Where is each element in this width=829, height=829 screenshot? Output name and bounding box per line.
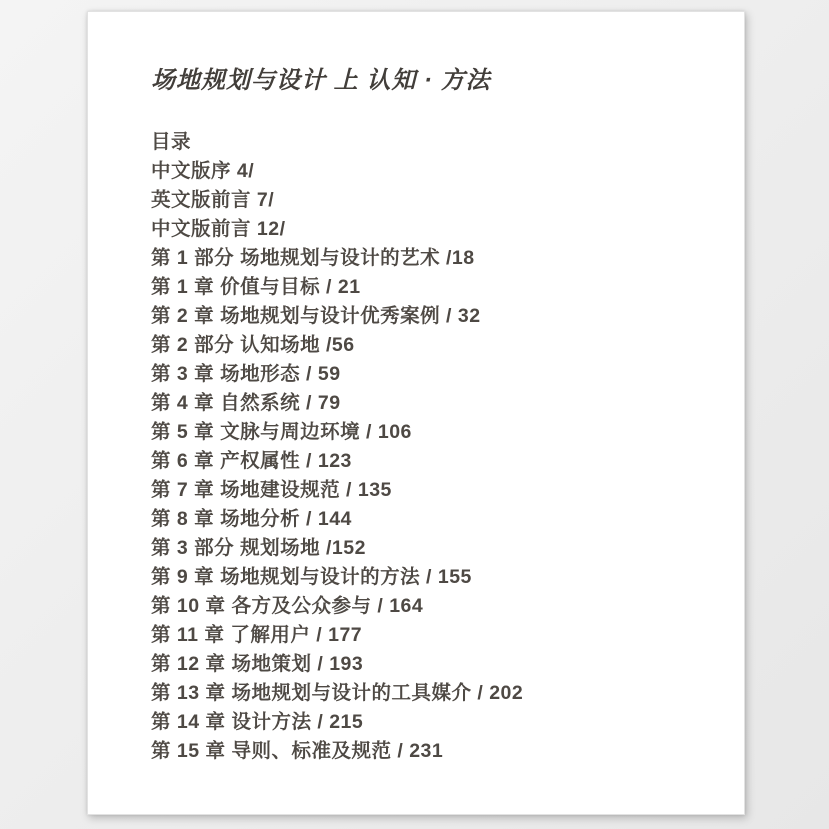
toc-entry: 第 3 章 场地形态 / 59 xyxy=(151,360,708,389)
toc-entry: 第 7 章 场地建设规范 / 135 xyxy=(151,476,708,505)
table-of-contents: 目录 中文版序 4/ 英文版前言 7/ 中文版前言 12/ 第 1 部分 场地规… xyxy=(151,128,708,766)
toc-entry: 第 15 章 导则、标准及规范 / 231 xyxy=(151,737,708,766)
book-title: 场地规划与设计 上 认知 · 方法 xyxy=(151,64,708,98)
toc-entry: 第 2 章 场地规划与设计优秀案例 / 32 xyxy=(151,302,708,331)
toc-entry: 第 2 部分 认知场地 /56 xyxy=(151,331,708,360)
document-page: 场地规划与设计 上 认知 · 方法 目录 中文版序 4/ 英文版前言 7/ 中文… xyxy=(87,11,745,815)
toc-entry: 第 8 章 场地分析 / 144 xyxy=(151,505,708,534)
toc-entry: 中文版前言 12/ xyxy=(151,215,708,244)
page-background: 场地规划与设计 上 认知 · 方法 目录 中文版序 4/ 英文版前言 7/ 中文… xyxy=(0,0,829,829)
toc-entry: 第 1 部分 场地规划与设计的艺术 /18 xyxy=(151,244,708,273)
toc-entry: 第 11 章 了解用户 / 177 xyxy=(151,621,708,650)
toc-entry: 第 4 章 自然系统 / 79 xyxy=(151,389,708,418)
toc-entry: 第 3 部分 规划场地 /152 xyxy=(151,534,708,563)
page-content: 场地规划与设计 上 认知 · 方法 目录 中文版序 4/ 英文版前言 7/ 中文… xyxy=(88,12,744,766)
toc-entry: 中文版序 4/ xyxy=(151,157,708,186)
toc-entry: 英文版前言 7/ xyxy=(151,186,708,215)
toc-entry: 第 1 章 价值与目标 / 21 xyxy=(151,273,708,302)
toc-entry: 第 5 章 文脉与周边环境 / 106 xyxy=(151,418,708,447)
toc-entry: 第 13 章 场地规划与设计的工具媒介 / 202 xyxy=(151,679,708,708)
toc-entry: 第 10 章 各方及公众参与 / 164 xyxy=(151,592,708,621)
toc-entry: 第 6 章 产权属性 / 123 xyxy=(151,447,708,476)
toc-entry: 第 12 章 场地策划 / 193 xyxy=(151,650,708,679)
toc-heading: 目录 xyxy=(151,128,708,157)
toc-entry: 第 14 章 设计方法 / 215 xyxy=(151,708,708,737)
toc-entry: 第 9 章 场地规划与设计的方法 / 155 xyxy=(151,563,708,592)
